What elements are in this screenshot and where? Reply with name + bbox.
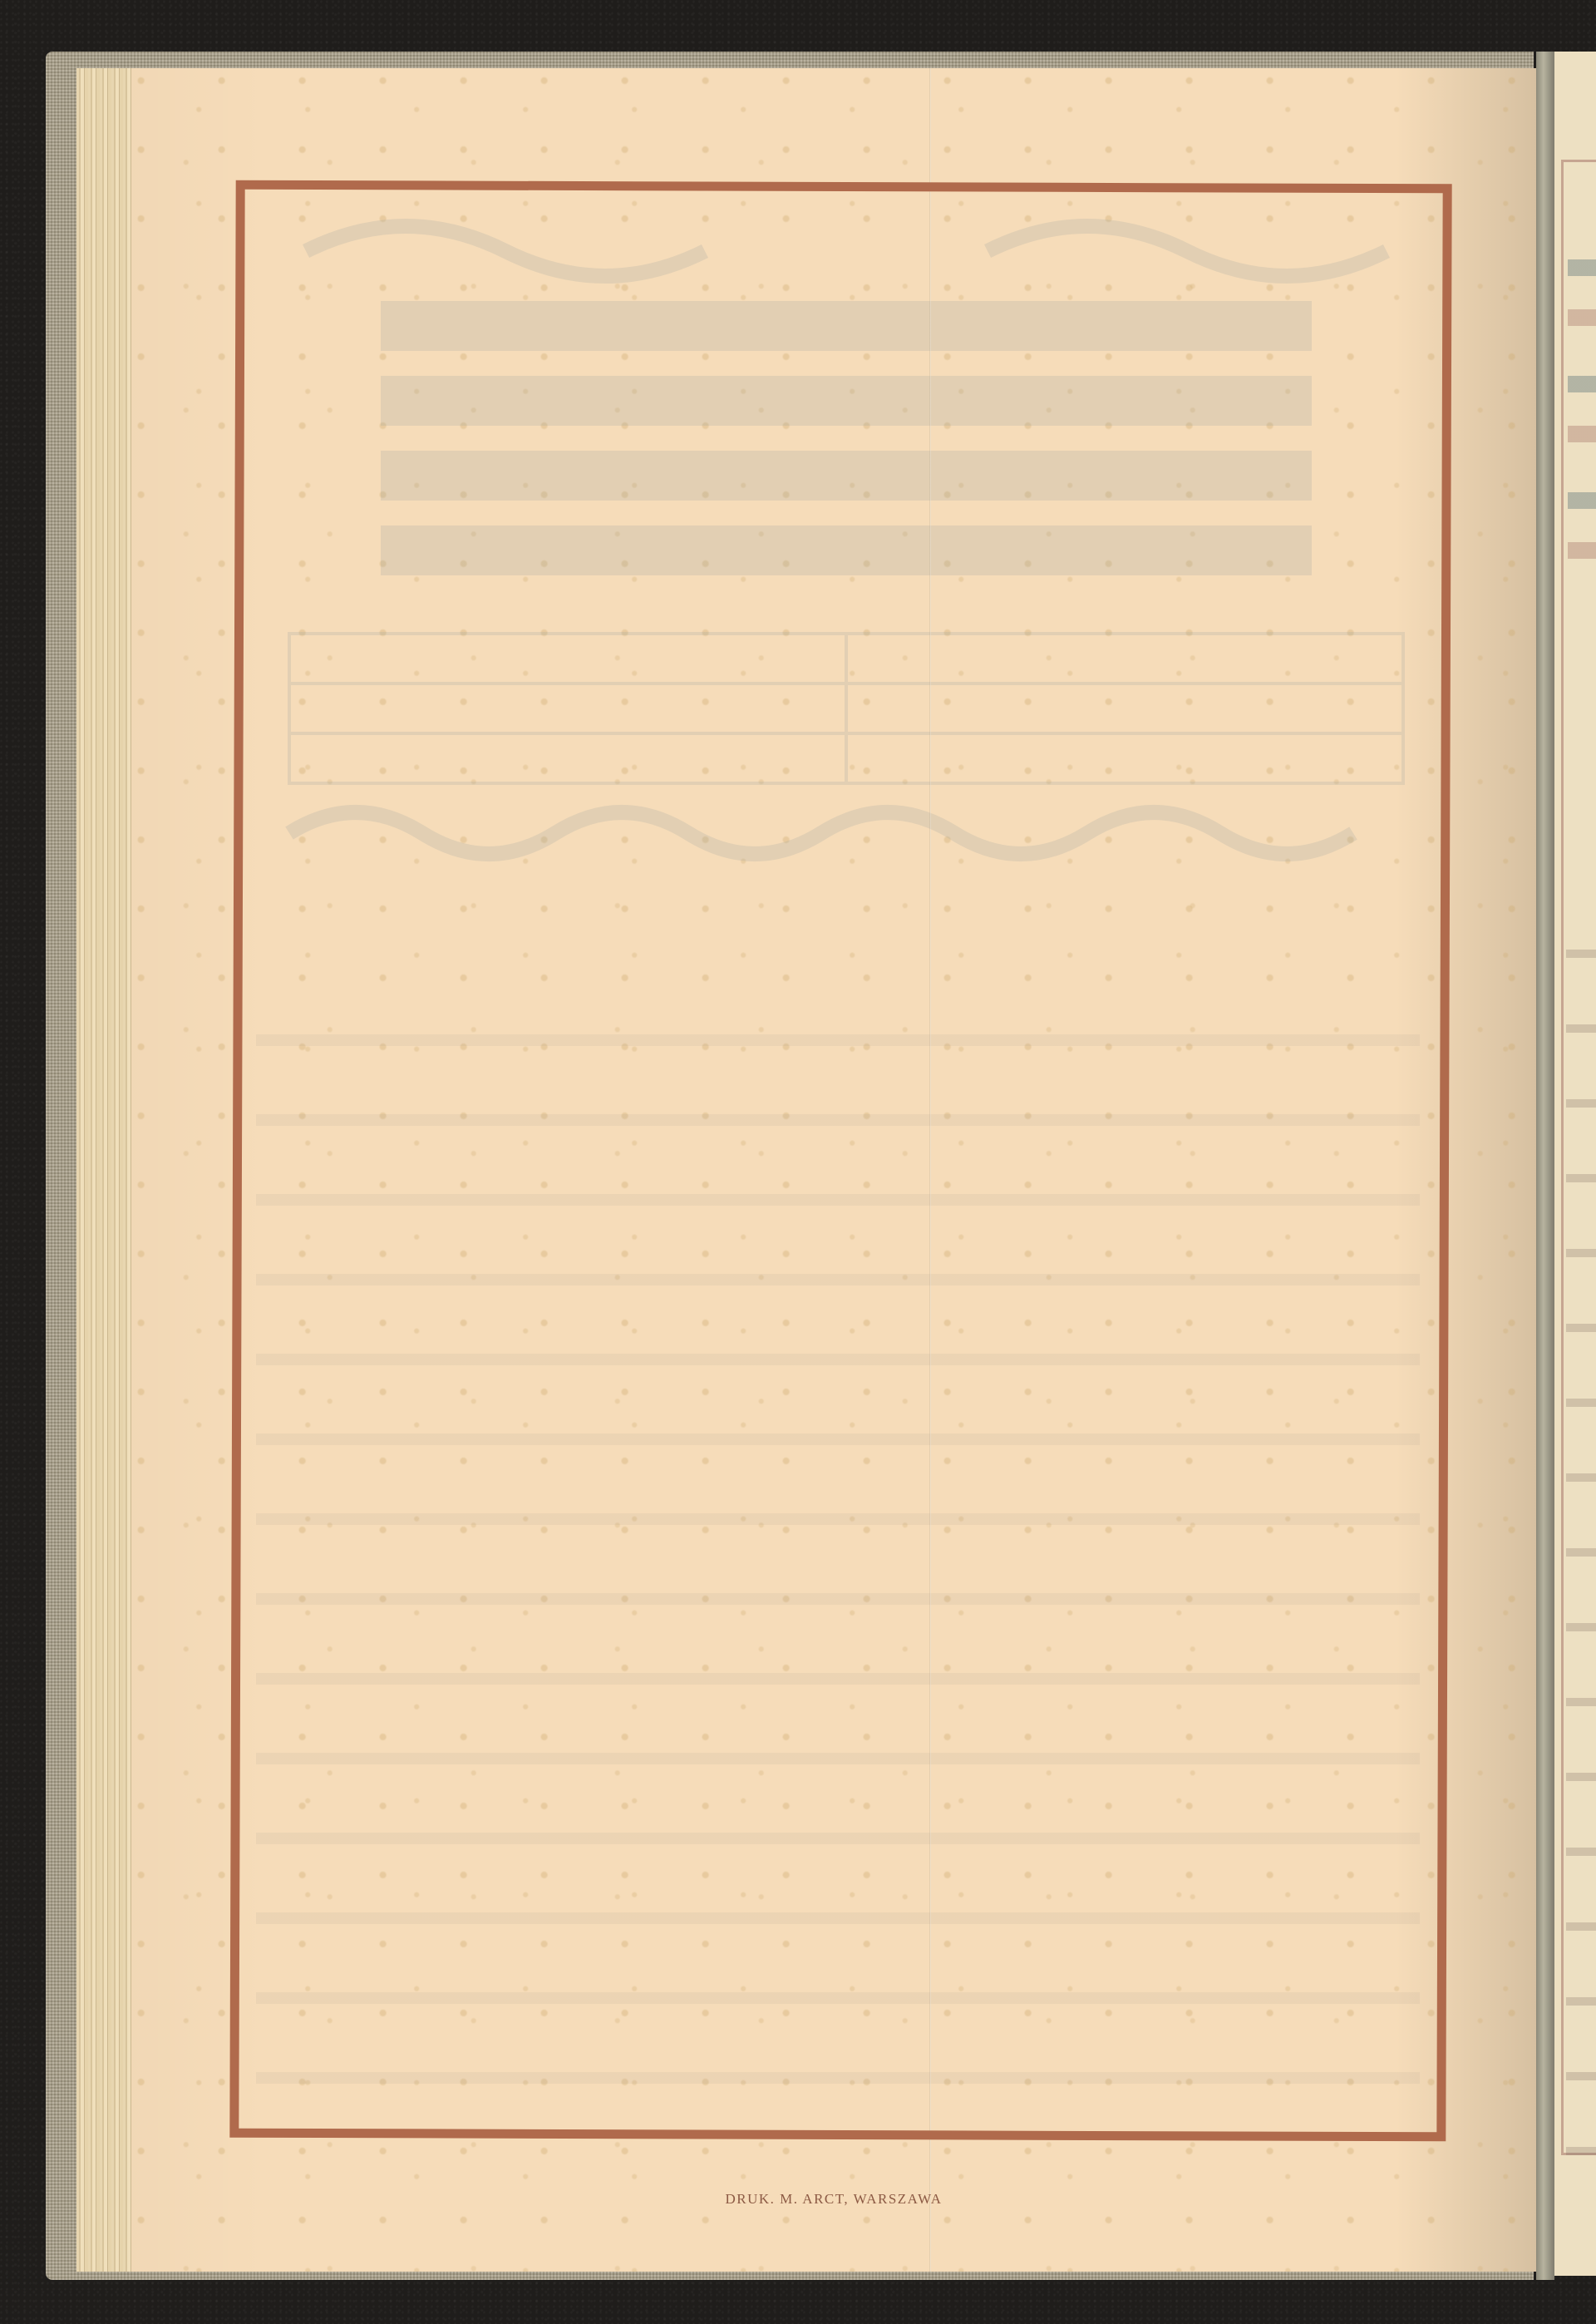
adjacent-page-edge (1554, 52, 1596, 2276)
printed-border-frame (229, 180, 1451, 2142)
document-page: DRUK. M. ARCT, WARSZAWA (131, 68, 1536, 2272)
adjacent-page-text (1566, 883, 1596, 2213)
book-gutter (1536, 52, 1554, 2280)
adjacent-page-ornament (1568, 210, 1596, 567)
printer-imprint: DRUK. M. ARCT, WARSZAWA (131, 2191, 1536, 2208)
page-fore-edge (76, 68, 135, 2272)
